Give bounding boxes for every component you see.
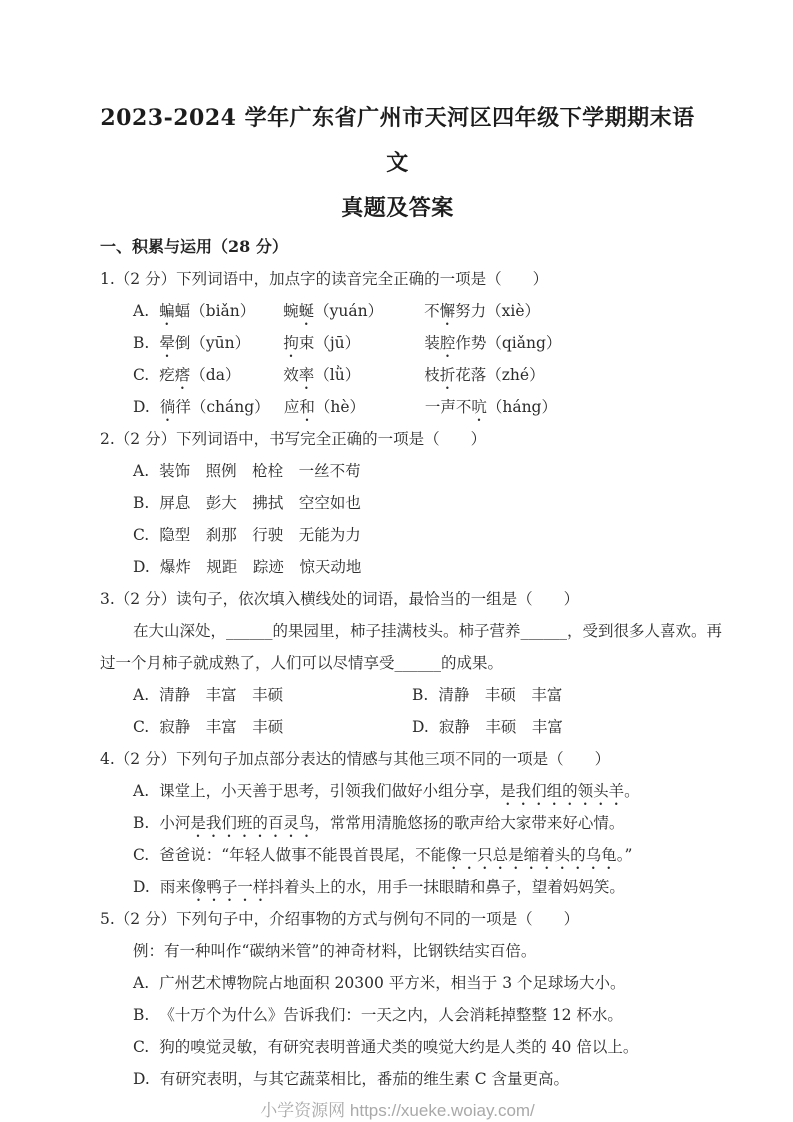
question-4-stem: 4.（2 分）下列句子加点部分表达的情感与其他三项不同的一项是（ ） [100, 743, 695, 775]
option-label: A. [133, 974, 149, 992]
option-word: 一声不吭（háng） [425, 398, 557, 416]
option-label: D. [133, 1070, 150, 1088]
option-word: 枝折花落（zhé） [424, 366, 544, 384]
question-3: 3.（2 分）读句子，依次填入横线处的词语，最恰当的一组是（ ） 在大山深处，_… [100, 583, 695, 743]
question-3-option-a: A.清静 丰富 丰硕 [133, 679, 412, 711]
dotted-phrase: 是我们组的领头羊 [500, 782, 624, 800]
question-2-option-d: D.爆炸 规距 踪迹 惊天动地 [100, 551, 695, 583]
option-text: 有研究表明，与其它蔬菜相比，番茄的维生素 C 含量更高。 [160, 1070, 569, 1088]
option-label: D. [133, 398, 150, 416]
question-1-option-a: A.蝙蝠（biǎn）蜿蜒（yuán）不懈努力（xiè） [100, 295, 695, 327]
question-5-stem: 5.（2 分）下列句子中，介绍事物的方式与例句不同的一项是（ ） [100, 903, 695, 935]
option-label: D. [412, 718, 429, 736]
option-text: 爆炸 规距 踪迹 惊天动地 [160, 558, 362, 576]
question-2: 2.（2 分）下列词语中，书写完全正确的一项是（ ） A.装饰 照例 枪栓 一丝… [100, 423, 695, 583]
option-text: 《十万个为什么》告诉我们：一天之内，人会消耗掉整整 12 杯水。 [159, 1006, 623, 1024]
option-word: 疙瘩（da） [159, 359, 283, 393]
option-label: B. [412, 686, 428, 704]
option-label: D. [133, 878, 150, 896]
question-3-passage-line2: 过一个月柿子就成熟了，人们可以尽情享受______的成果。 [100, 647, 695, 679]
question-2-option-c: C.隐型 刹那 行驶 无能为力 [100, 519, 695, 551]
dotted-char: 蝙 [159, 302, 175, 320]
option-word: 装腔作势（qiǎng） [424, 334, 561, 352]
option-label: B. [133, 1006, 149, 1024]
question-5-example: 例：有一种叫作“碳纳米管”的神奇材料，比钢铁结实百倍。 [100, 935, 695, 967]
option-text: 爸爸说：“年轻人做事不能畏首畏尾，不能像一只总是缩着头的乌龟。” [159, 846, 632, 864]
option-text: 寂静 丰富 丰硕 [159, 718, 283, 736]
question-4: 4.（2 分）下列句子加点部分表达的情感与其他三项不同的一项是（ ） A.课堂上… [100, 743, 695, 903]
dotted-char: 率 [299, 366, 315, 384]
option-text: 小河是我们班的百灵鸟，常常用清脆悠扬的歌声给大家带来好心情。 [159, 814, 624, 832]
option-label: A. [133, 686, 149, 704]
question-5-option-a: A.广州艺术博物院占地面积 20300 平方米，相当于 3 个足球场大小。 [100, 967, 695, 999]
question-3-option-d: D.寂静 丰硕 丰富 [412, 718, 563, 736]
question-2-option-b: B.屏息 彭大 拂拭 空空如也 [100, 487, 695, 519]
dotted-char: 徜 [160, 398, 176, 416]
option-label: C. [133, 846, 149, 864]
question-4-option-d: D.雨来像鸭子一样抖着头上的水，用手一抹眼睛和鼻子，望着妈妈笑。 [100, 871, 695, 903]
question-5: 5.（2 分）下列句子中，介绍事物的方式与例句不同的一项是（ ） 例：有一种叫作… [100, 903, 695, 1095]
question-3-passage-line1: 在大山深处，______的果园里，柿子挂满枝头。柿子营养______，受到很多人… [100, 615, 695, 647]
dotted-char: 折 [440, 366, 456, 384]
page-title-line1: 2023-2024 学年广东省广州市天河区四年级下学期期末语文 [100, 96, 695, 186]
exam-paper-page: 2023-2024 学年广东省广州市天河区四年级下学期期末语文 真题及答案 一、… [0, 0, 793, 1122]
option-word: 应和（hè） [284, 391, 425, 425]
option-label: A. [133, 782, 149, 800]
question-5-option-c: C.狗的嗅觉灵敏，有研究表明普通犬类的嗅觉大约是人类的 40 倍以上。 [100, 1031, 695, 1063]
question-1-option-b: B.晕倒（yūn）拘束（jū）装腔作势（qiǎng） [100, 327, 695, 359]
dotted-phrase: 像鸭子一样 [191, 878, 269, 896]
option-text: 清静 丰富 丰硕 [159, 686, 283, 704]
question-1: 1.（2 分）下列词语中，加点字的读音完全正确的一项是（ ） A.蝙蝠（biǎn… [100, 263, 695, 423]
dotted-phrase: 像一只总是缩着头的乌龟 [446, 846, 617, 864]
question-4-option-a: A.课堂上，小天善于思考，引领我们做好小组分享，是我们组的领头羊。 [100, 775, 695, 807]
dotted-char: 吭 [471, 398, 487, 416]
dotted-char: 和 [299, 398, 315, 416]
dotted-char: 懈 [440, 302, 456, 320]
option-label: C. [133, 1038, 149, 1056]
option-word: 蜿蜒（yuán） [283, 295, 424, 329]
option-text: 狗的嗅觉灵敏，有研究表明普通犬类的嗅觉大约是人类的 40 倍以上。 [159, 1038, 638, 1056]
option-text: 隐型 刹那 行驶 无能为力 [159, 526, 361, 544]
footer-watermark: 小学资源网 https://xueke.woiay.com/ [100, 1101, 695, 1121]
section-heading: 一、积累与运用（28 分） [100, 231, 695, 263]
question-5-option-b: B.《十万个为什么》告诉我们：一天之内，人会消耗掉整整 12 杯水。 [100, 999, 695, 1031]
question-2-stem: 2.（2 分）下列词语中，书写完全正确的一项是（ ） [100, 423, 695, 455]
option-text: 课堂上，小天善于思考，引领我们做好小组分享，是我们组的领头羊。 [159, 782, 640, 800]
option-text: 清静 丰硕 丰富 [438, 686, 562, 704]
option-word: 拘束（jū） [283, 327, 424, 361]
option-word: 不懈努力（xiè） [424, 302, 540, 320]
question-3-options-row1: A.清静 丰富 丰硕B.清静 丰硕 丰富 [100, 679, 695, 711]
dotted-char: 晕 [159, 334, 175, 352]
option-word: 晕倒（yūn） [159, 327, 283, 361]
option-label: A. [133, 302, 149, 320]
question-1-option-c: C.疙瘩（da）效率（lǜ）枝折花落（zhé） [100, 359, 695, 391]
option-label: D. [133, 558, 150, 576]
question-5-option-d: D.有研究表明，与其它蔬菜相比，番茄的维生素 C 含量更高。 [100, 1063, 695, 1095]
option-label: B. [133, 494, 149, 512]
dotted-char: 蜒 [299, 302, 315, 320]
option-text: 广州艺术博物院占地面积 20300 平方米，相当于 3 个足球场大小。 [159, 974, 625, 992]
option-label: B. [133, 814, 149, 832]
question-3-option-c: C.寂静 丰富 丰硕 [133, 711, 412, 743]
option-text: 雨来像鸭子一样抖着头上的水，用手一抹眼睛和鼻子，望着妈妈笑。 [160, 878, 625, 896]
page-title: 2023-2024 学年广东省广州市天河区四年级下学期期末语文 真题及答案 [100, 96, 695, 231]
question-3-options-row2: C.寂静 丰富 丰硕D.寂静 丰硕 丰富 [100, 711, 695, 743]
option-label: C. [133, 366, 149, 384]
dotted-char: 瘩 [175, 366, 191, 384]
dotted-char: 腔 [440, 334, 456, 352]
question-4-option-b: B.小河是我们班的百灵鸟，常常用清脆悠扬的歌声给大家带来好心情。 [100, 807, 695, 839]
dotted-phrase: 是我们班的百灵鸟 [190, 814, 314, 832]
option-label: C. [133, 526, 149, 544]
option-label: B. [133, 334, 149, 352]
option-text: 屏息 彭大 拂拭 空空如也 [159, 494, 361, 512]
question-3-option-b: B.清静 丰硕 丰富 [412, 686, 562, 704]
dotted-char: 拘 [283, 334, 299, 352]
option-label: A. [133, 462, 149, 480]
option-label: C. [133, 718, 149, 736]
page-title-line2: 真题及答案 [100, 186, 695, 231]
question-3-stem: 3.（2 分）读句子，依次填入横线处的词语，最恰当的一组是（ ） [100, 583, 695, 615]
question-1-option-d: D.徜徉（cháng）应和（hè）一声不吭（háng） [100, 391, 695, 423]
option-text: 寂静 丰硕 丰富 [439, 718, 563, 736]
question-1-stem: 1.（2 分）下列词语中，加点字的读音完全正确的一项是（ ） [100, 263, 695, 295]
option-word: 效率（lǜ） [283, 359, 424, 393]
question-4-option-c: C.爸爸说：“年轻人做事不能畏首畏尾，不能像一只总是缩着头的乌龟。” [100, 839, 695, 871]
option-text: 装饰 照例 枪栓 一丝不苟 [159, 462, 361, 480]
option-word: 蝙蝠（biǎn） [159, 295, 283, 329]
question-2-option-a: A.装饰 照例 枪栓 一丝不苟 [100, 455, 695, 487]
option-word: 徜徉（cháng） [160, 391, 284, 425]
